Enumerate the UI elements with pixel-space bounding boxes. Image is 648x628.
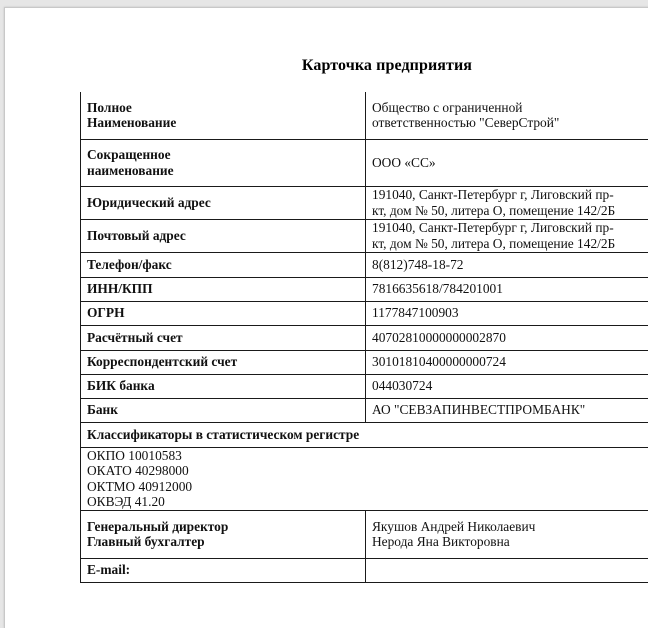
value-postal-address: 191040, Санкт-Петербург г, Лиговский пр-… [366,219,648,252]
table-row-correspondent-account: Корреспондентский счет 30101810400000000… [81,350,648,374]
label-line: Почтовый адрес [87,228,359,244]
label-management: Генеральный директор Главный бухгалтер [81,510,366,558]
label-line: Главный бухгалтер [87,534,359,550]
value-short-name: ООО «СС» [366,139,648,186]
label-line: Генеральный директор [87,519,359,535]
value-line: Общество с ограниченной [372,100,648,116]
classifier-code: ОКПО 10010583 [87,448,648,464]
table-row-bik: БИК банка 044030724 [81,374,648,398]
label-full-name: Полное Наименование [81,92,366,139]
table-row-full-name: Полное Наименование Общество с ограничен… [81,92,648,139]
table-row-short-name: Сокращенное наименование ООО «СС» [81,139,648,186]
classifier-code: ОКВЭД 41.20 [87,494,648,510]
value-management: Якушов Андрей Николаевич Нерода Яна Викт… [366,510,648,558]
value-line: кт, дом № 50, литера О, помещение 142/2Б [372,203,648,219]
table-row-classifier-codes: ОКПО 10010583 ОКАТО 40298000 ОКТМО 40912… [81,447,648,510]
table-row-settlement-account: Расчётный счет 40702810000000002870 [81,325,648,350]
label-line: наименование [87,163,359,179]
value-phone: 8(812)748-18-72 [366,252,648,277]
classifiers-heading: Классификаторы в статистическом регистре [81,422,648,447]
classifier-code: ОКАТО 40298000 [87,463,648,479]
table-row-ogrn: ОГРН 1177847100903 [81,301,648,325]
label-phone: Телефон/факс [81,252,366,277]
label-settlement-account: Расчётный счет [81,325,366,350]
label-bik: БИК банка [81,374,366,398]
label-email: E-mail: [81,558,366,582]
value-legal-address: 191040, Санкт-Петербург г, Лиговский пр-… [366,186,648,219]
value-line: ООО «СС» [372,155,648,171]
value-bik: 044030724 [366,374,648,398]
document-page: Карточка предприятия Полное Наименование… [4,7,648,616]
label-line: Полное [87,100,359,116]
classifier-code: ОКТМО 40912000 [87,479,648,495]
document-title: Карточка предприятия [5,57,648,75]
table-row-inn-kpp: ИНН/КПП 7816635618/784201001 [81,277,648,301]
value-bank: АО "СЕВЗАПИНВЕСТПРОМБАНК" [366,398,648,422]
value-line: Нерода Яна Викторовна [372,534,648,550]
label-legal-address: Юридический адрес [81,186,366,219]
label-line: Юридический адрес [87,195,359,211]
label-postal-address: Почтовый адрес [81,219,366,252]
label-line: Сокращенное [87,147,359,163]
value-ogrn: 1177847100903 [366,301,648,325]
label-short-name: Сокращенное наименование [81,139,366,186]
table-row-bank: Банк АО "СЕВЗАПИНВЕСТПРОМБАНК" [81,398,648,422]
value-correspondent-account: 30101810400000000724 [366,350,648,374]
value-line: 191040, Санкт-Петербург г, Лиговский пр- [372,220,648,236]
classifier-codes: ОКПО 10010583 ОКАТО 40298000 ОКТМО 40912… [81,447,648,510]
value-line: Якушов Андрей Николаевич [372,519,648,535]
label-line: Наименование [87,115,359,131]
label-inn-kpp: ИНН/КПП [81,277,366,301]
table-row-classifiers-heading: Классификаторы в статистическом регистре [81,422,648,447]
label-ogrn: ОГРН [81,301,366,325]
label-bank: Банк [81,398,366,422]
value-email [366,558,648,582]
table-row-legal-address: Юридический адрес 191040, Санкт-Петербур… [81,186,648,219]
company-card-table: Полное Наименование Общество с ограничен… [80,92,648,583]
value-full-name: Общество с ограниченной ответственностью… [366,92,648,139]
label-correspondent-account: Корреспондентский счет [81,350,366,374]
value-line: кт, дом № 50, литера О, помещение 142/2Б [372,236,648,252]
table-row-management: Генеральный директор Главный бухгалтер Я… [81,510,648,558]
value-settlement-account: 40702810000000002870 [366,325,648,350]
value-line: 191040, Санкт-Петербург г, Лиговский пр- [372,187,648,203]
value-line: ответственностью "СеверСтрой" [372,115,648,131]
table-row-phone: Телефон/факс 8(812)748-18-72 [81,252,648,277]
table-row-email: E-mail: [81,558,648,582]
value-inn-kpp: 7816635618/784201001 [366,277,648,301]
table-row-postal-address: Почтовый адрес 191040, Санкт-Петербург г… [81,219,648,252]
